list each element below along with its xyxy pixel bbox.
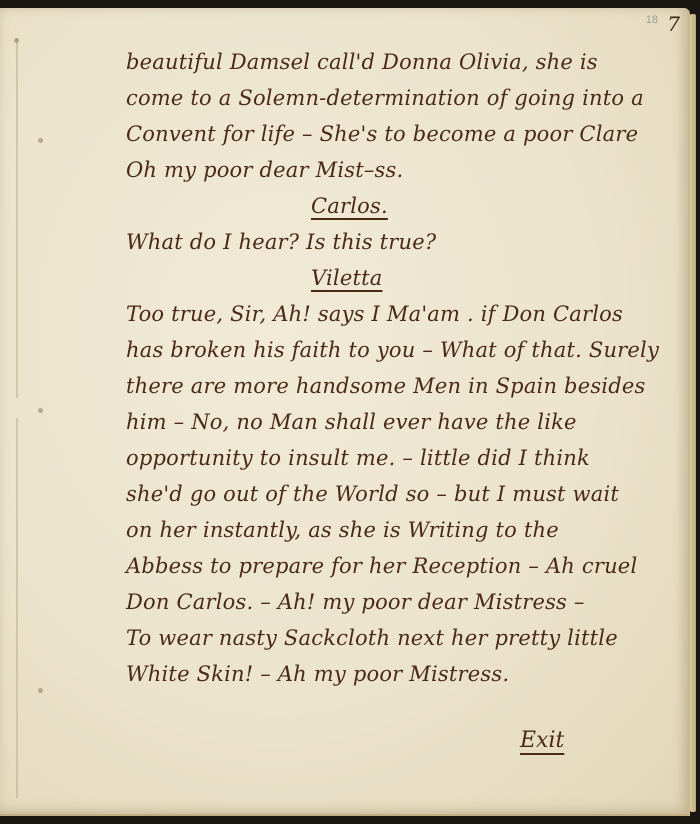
text-line: has broken his faith to you – What of th… — [126, 332, 686, 368]
folio-stamp: 18 — [646, 14, 658, 26]
paper-speck — [38, 138, 43, 143]
text-line: him – No, no Man shall ever have the lik… — [126, 404, 686, 440]
stage-direction-exit: Exit — [520, 728, 564, 753]
text-line: Oh my poor dear Mist–ss. — [126, 152, 686, 188]
text-line: What do I hear? Is this true? — [126, 224, 686, 260]
speaker-name: Carlos. — [126, 188, 686, 224]
margin-fold-line — [16, 38, 18, 398]
text-line: opportunity to insult me. – little did I… — [126, 440, 686, 476]
manuscript-page: 18 7 beautiful Damsel call'd Donna Olivi… — [0, 8, 690, 816]
text-line: White Skin! – Ah my poor Mistress. — [126, 656, 686, 692]
folio-hand-number: 7 — [667, 12, 680, 36]
text-line: she'd go out of the World so – but I mus… — [126, 476, 686, 512]
page-edge — [690, 14, 696, 812]
text-line: there are more handsome Men in Spain bes… — [126, 368, 686, 404]
text-line: Abbess to prepare for her Reception – Ah… — [126, 548, 686, 584]
text-line: Convent for life – She's to become a poo… — [126, 116, 686, 152]
text-line: To wear nasty Sackcloth next her pretty … — [126, 620, 686, 656]
speaker-name: Viletta — [126, 260, 686, 296]
text-line: come to a Solemn-determination of going … — [126, 80, 686, 116]
manuscript-text: beautiful Damsel call'd Donna Olivia, sh… — [126, 44, 686, 692]
binding-hole — [14, 38, 19, 43]
paper-speck — [38, 688, 43, 693]
text-line: on her instantly, as she is Writing to t… — [126, 512, 686, 548]
text-line: Too true, Sir, Ah! says I Ma'am . if Don… — [126, 296, 686, 332]
margin-fold-line-lower — [16, 418, 18, 798]
text-line: beautiful Damsel call'd Donna Olivia, sh… — [126, 44, 686, 80]
paper-speck — [38, 408, 43, 413]
text-line: Don Carlos. – Ah! my poor dear Mistress … — [126, 584, 686, 620]
